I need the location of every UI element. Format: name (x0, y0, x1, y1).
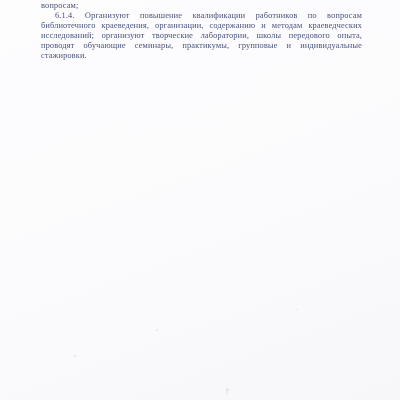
clause-line-2: библиотечного краеведения, организации, … (41, 21, 362, 31)
scan-noise-speck (296, 309, 298, 310)
scan-noise-speck (74, 355, 76, 357)
document-page: вопросам; 6.1.4. Организуют повышение кв… (0, 0, 400, 400)
scan-noise-speck (156, 329, 158, 331)
clause-line-4: проводят обучающие семинары, практикумы,… (41, 41, 362, 51)
clause-line-1: 6.1.4. Организуют повышение квалификации… (41, 11, 362, 21)
clause-line-3: исследований; организуют творческие лабо… (41, 31, 362, 41)
paragraph-end-line: вопросам; (41, 1, 362, 11)
faint-ink-mark: † (225, 386, 230, 396)
document-text-block: вопросам; 6.1.4. Организуют повышение кв… (41, 1, 362, 62)
clause-line-5: стажировки. (41, 51, 362, 61)
